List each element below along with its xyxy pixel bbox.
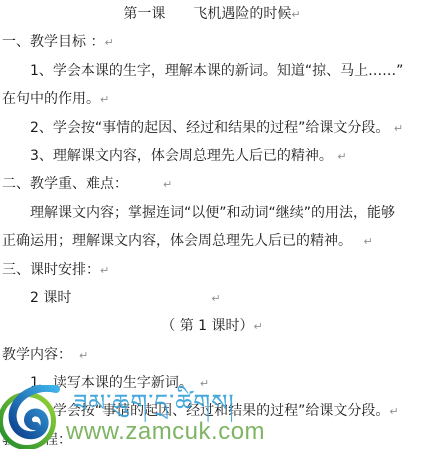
- line-text: 正确运用；理解课文内容，体会周总理先人后已的精神。: [2, 233, 363, 249]
- line-text: 3、理解课文内容，体会周总理先人后已的精神。: [30, 148, 337, 164]
- text-line: （ 第 1 课时）↵: [0, 312, 424, 340]
- document-title: 第一课 飞机遇险的时候↵: [0, 0, 424, 28]
- paragraph-mark: ↵: [254, 320, 263, 333]
- line-text: （ 第 1 课时）: [161, 318, 253, 334]
- line-text: 教学内容：: [2, 347, 79, 363]
- text-line: 2、学会按“事情的起因、经过和结果的过程”给课文分段。 ↵: [0, 114, 424, 142]
- paragraph-mark: ↵: [211, 292, 220, 305]
- line-text: 2 课时: [30, 290, 211, 306]
- line-text: 二、教学重、难点：: [2, 176, 163, 192]
- paragraph-mark: ↵: [363, 235, 372, 248]
- paragraph-mark: ↵: [389, 405, 398, 418]
- site-logo-swirl-icon: [0, 385, 61, 449]
- text-line: 1、学会本课的生字，理解本课的新词。知道“掠、马上……”: [0, 57, 424, 85]
- line-text: 一、教学目标 ：: [2, 34, 104, 50]
- watermark-site-url: www.zamcuk.com: [66, 418, 265, 446]
- paragraph-mark: ↵: [394, 122, 403, 135]
- text-line: 正确运用；理解课文内容，体会周总理先人后已的精神。 ↵: [0, 227, 424, 255]
- paragraph-mark: ↵: [100, 264, 109, 277]
- paragraph-mark: ↵: [79, 349, 88, 362]
- line-text: 理解课文内容；掌握连词“以便”和动词“继续”的用法，能够: [30, 205, 395, 221]
- text-line: 3、理解课文内容，体会周总理先人后已的精神。 ↵: [0, 142, 424, 170]
- document-body: 第一课 飞机遇险的时候↵一、教学目标 ：↵1、学会本课的生字，理解本课的新词。知…: [0, 0, 424, 449]
- tibetan-watermark-text: ཟམ་ཆུག་དྲ་ཚིགས།: [73, 388, 235, 418]
- text-line: 二、教学重、难点： ↵: [0, 170, 424, 198]
- line-text: 在句中的作用。: [2, 91, 100, 107]
- text-line: 理解课文内容；掌握连词“以便”和动词“继续”的用法，能够: [0, 199, 424, 227]
- line-text: 1、学会本课的生字，理解本课的新词。知道“掠、马上……”: [30, 63, 403, 79]
- paragraph-mark: ↵: [104, 36, 113, 49]
- text-line: 一、教学目标 ：↵: [0, 28, 424, 56]
- text-line: 三、课时安排：↵: [0, 256, 424, 284]
- line-text: 第一课 飞机遇险的时候: [123, 6, 291, 22]
- text-line: 2 课时 ↵: [0, 284, 424, 312]
- line-text: 2、学会按“事情的起因、经过和结果的过程”给课文分段。: [30, 120, 394, 136]
- text-line: 教学内容： ↵: [0, 341, 424, 369]
- paragraph-mark: ↵: [163, 178, 172, 191]
- line-text: 三、课时安排：: [2, 262, 100, 278]
- document-page: 第一课 飞机遇险的时候↵一、教学目标 ：↵1、学会本课的生字，理解本课的新词。知…: [0, 0, 424, 449]
- paragraph-mark: ↵: [100, 93, 109, 106]
- text-line: 在句中的作用。↵: [0, 85, 424, 113]
- paragraph-mark: ↵: [291, 8, 300, 21]
- paragraph-mark: ↵: [337, 150, 346, 163]
